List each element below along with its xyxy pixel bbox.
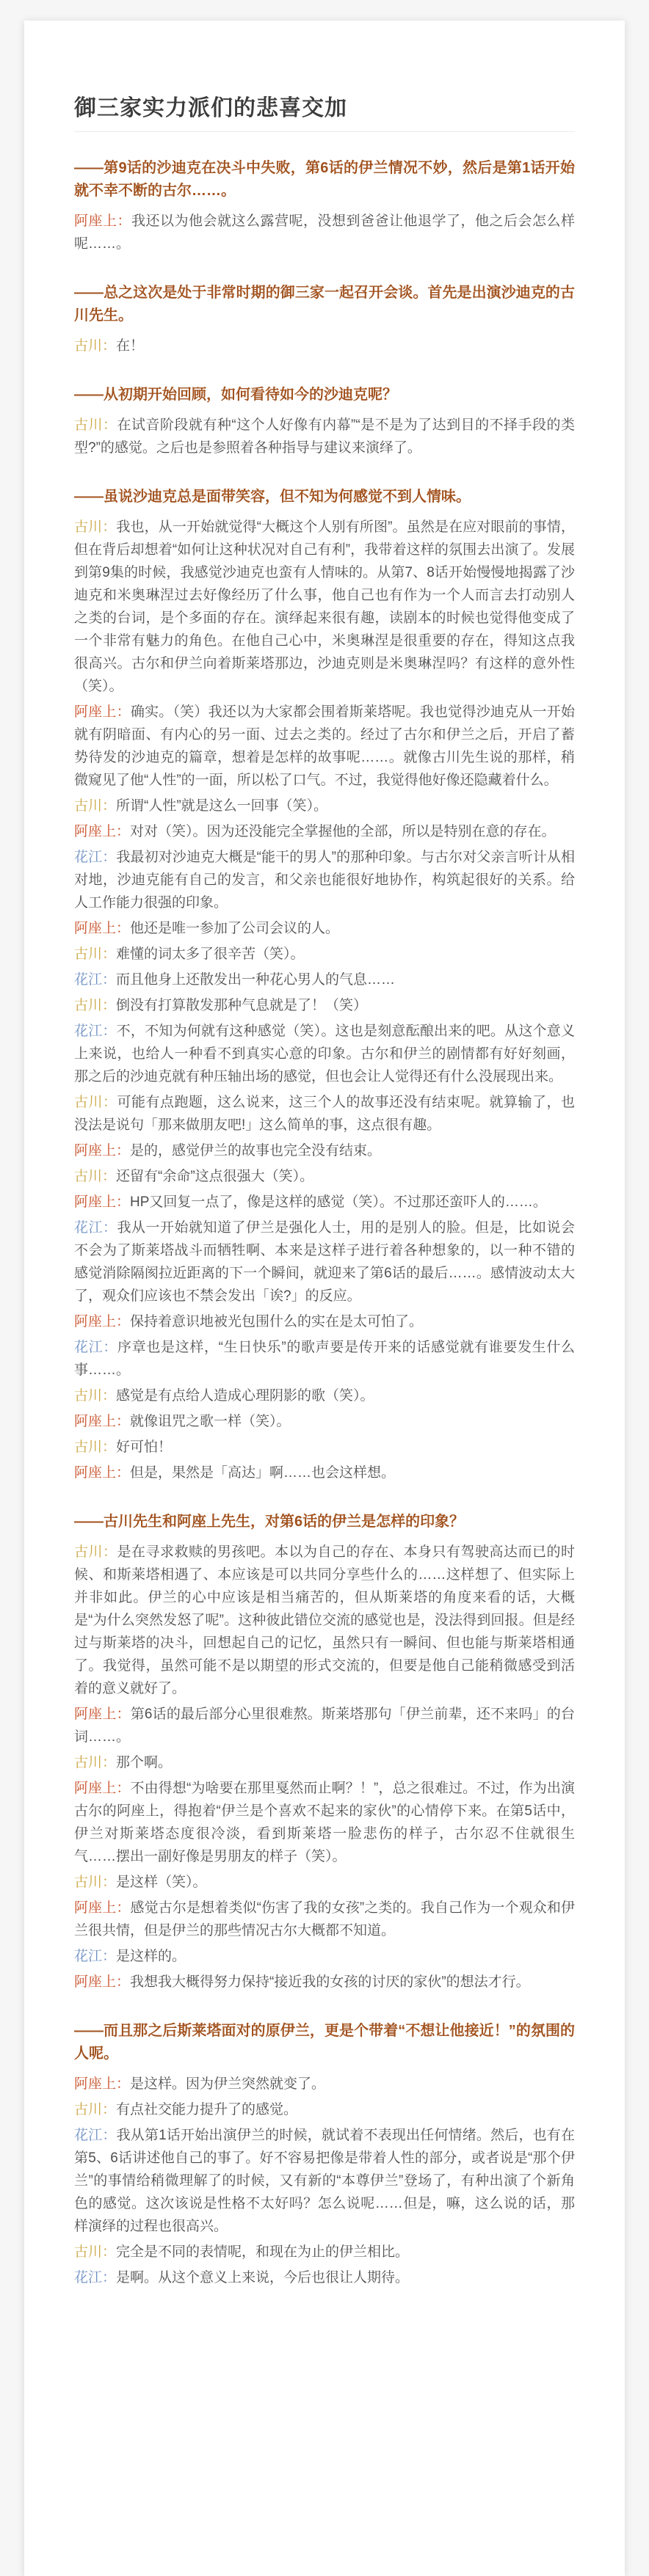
dialogue-paragraph: 古川：在试音阶段就有种“这个人好像有内幕”“是不是为了达到目的不择手段的类型?”… [74, 414, 575, 459]
speaker-name: 花江： [74, 1220, 117, 1236]
dialogue-paragraph: 阿座上：确实。（笑）我还以为大家都会围着斯莱塔呢。我也觉得沙迪克从一开始就有阴暗… [74, 701, 575, 792]
speaker-name: 古川： [74, 2102, 116, 2117]
speaker-name: 阿座上： [74, 1707, 131, 1722]
speaker-name: 古川： [74, 946, 116, 962]
speaker-name: 阿座上： [74, 214, 131, 229]
speaker-name: 花江： [74, 850, 116, 865]
interview-question: ——从初期开始回顾，如何看待如今的沙迪克呢？ [74, 384, 575, 406]
interview-content: ——第9话的沙迪克在决斗中失败，第6话的伊兰情况不妙，然后是第1话开始就不幸不断… [74, 157, 575, 2289]
speaker-name: 阿座上： [74, 1974, 130, 1990]
dialogue-paragraph: 古川：可能有点跑题，这么说来，这三个人的故事还没有结束呢。就算输了，也没法是说句… [74, 1091, 575, 1136]
dialogue-paragraph: 阿座上：保持着意识地被光包围什么的实在是太可怕了。 [74, 1310, 575, 1333]
dialogue-paragraph: 古川：是在寻求救赎的男孩吧。本以为自己的存在、本身只有驾驶高达而已的时候、和斯莱… [74, 1541, 575, 1700]
speaker-name: 古川： [74, 519, 116, 535]
interview-question: ——总之这次是处于非常时期的御三家一起召开会谈。首先是出演沙迪克的古川先生。 [74, 282, 575, 327]
dialogue-paragraph: 阿座上：不由得想“为啥要在那里戛然而止啊？！”，总之很难过。不过，作为出演古尔的… [74, 1777, 575, 1868]
speaker-name: 花江： [74, 2270, 116, 2285]
dialogue-paragraph: 花江：是这样的。 [74, 1945, 575, 1968]
interview-question: ——而且那之后斯莱塔面对的原伊兰，更是个带着“不想让他接近！”的氛围的人呢。 [74, 2020, 575, 2065]
speaker-name: 古川： [74, 1440, 116, 1455]
dialogue-paragraph: 花江：是啊。从这个意义上来说，今后也很让人期待。 [74, 2266, 575, 2289]
dialogue-paragraph: 花江：序章也是这样，“生日快乐”的歌声要是传开来的话感觉就有谁要发生什么事……。 [74, 1336, 575, 1382]
speaker-name: 阿座上： [74, 2076, 130, 2092]
dialogue-paragraph: 阿座上：我还以为他会就这么露营呢，没想到爸爸让他退学了，他之后会怎么样呢……。 [74, 210, 575, 255]
dialogue-paragraph: 古川：那个啊。 [74, 1751, 575, 1774]
dialogue-paragraph: 阿座上：就像诅咒之歌一样（笑）。 [74, 1410, 575, 1433]
dialogue-paragraph: 古川：感觉是有点给人造成心理阴影的歌（笑）。 [74, 1384, 575, 1407]
speaker-name: 阿座上： [74, 1143, 130, 1159]
speaker-name: 阿座上： [74, 1781, 130, 1796]
dialogue-paragraph: 花江：不，不知为何就有这种感觉（笑）。这也是刻意酝酿出来的吧。从这个意义上来说，… [74, 1020, 575, 1088]
dialogue-paragraph: 古川：所谓“人性”就是这么一回事（笑）。 [74, 795, 575, 817]
speaker-name: 古川： [74, 1388, 116, 1404]
dialogue-paragraph: 阿座上：HP又回复一点了，像是这样的感觉（笑）。不过那还蛮吓人的……。 [74, 1191, 575, 1214]
dialogue-paragraph: 阿座上：是这样。因为伊兰突然就变了。 [74, 2073, 575, 2095]
title-divider [74, 131, 575, 132]
speaker-name: 古川： [74, 417, 117, 433]
speaker-name: 阿座上： [74, 704, 131, 720]
speaker-name: 古川： [74, 1095, 117, 1110]
speaker-name: 阿座上： [74, 1465, 130, 1481]
speaker-name: 古川： [74, 1169, 116, 1184]
speaker-name: 阿座上： [74, 824, 130, 839]
interview-question: ——虽说沙迪克总是面带笑容，但不知为何感觉不到人情味。 [74, 486, 575, 508]
dialogue-paragraph: 花江：我最初对沙迪克大概是“能干的男人”的那种印象。与古尔对父亲言听计从相对地，… [74, 846, 575, 914]
speaker-name: 古川： [74, 338, 116, 354]
dialogue-paragraph: 花江：我从第1话开始出演伊兰的时候，就试着不表现出任何情绪。然后，也有在第5、6… [74, 2124, 575, 2238]
dialogue-paragraph: 阿座上：但是，果然是「高达」啊……也会这样想。 [74, 1462, 575, 1484]
dialogue-paragraph: 古川：倒没有打算散发那种气息就是了！（笑） [74, 994, 575, 1017]
dialogue-paragraph: 阿座上：感觉古尔是想着类似“伤害了我的女孩”之类的。我自己作为一个观众和伊兰很共… [74, 1897, 575, 1942]
interview-question: ——第9话的沙迪克在决斗中失败，第6话的伊兰情况不妙，然后是第1话开始就不幸不断… [74, 157, 575, 202]
speaker-name: 古川： [74, 998, 116, 1013]
speaker-name: 古川： [74, 2244, 116, 2260]
dialogue-paragraph: 古川：是这样（笑）。 [74, 1871, 575, 1894]
dialogue-paragraph: 古川：在！ [74, 335, 575, 357]
speaker-name: 花江： [74, 2128, 117, 2143]
speaker-name: 阿座上： [74, 1314, 130, 1329]
article-card: 御三家实力派们的悲喜交加 ——第9话的沙迪克在决斗中失败，第6话的伊兰情况不妙，… [24, 21, 625, 2576]
speaker-name: 花江： [74, 1024, 117, 1039]
page-title: 御三家实力派们的悲喜交加 [74, 97, 575, 120]
dialogue-paragraph: 阿座上：我想我大概得努力保持“接近我的女孩的讨厌的家伙”的想法才行。 [74, 1971, 575, 1993]
speaker-name: 古川： [74, 1755, 116, 1770]
dialogue-paragraph: 阿座上：第6话的最后部分心里很难熬。斯莱塔那句「伊兰前辈，还不来吗」的台词……。 [74, 1703, 575, 1748]
dialogue-paragraph: 古川：完全是不同的表情呢，和现在为止的伊兰相比。 [74, 2241, 575, 2263]
dialogue-paragraph: 阿座上：对对（笑）。因为还没能完全掌握他的全部，所以是特别在意的存在。 [74, 820, 575, 843]
dialogue-paragraph: 古川：好可怕！ [74, 1436, 575, 1459]
dialogue-paragraph: 阿座上：是的，感觉伊兰的故事也完全没有结束。 [74, 1139, 575, 1162]
speaker-name: 阿座上： [74, 921, 130, 936]
speaker-name: 阿座上： [74, 1194, 130, 1210]
dialogue-paragraph: 花江：我从一开始就知道了伊兰是强化人士，用的是别人的脸。但是，比如说会不会为了斯… [74, 1216, 575, 1307]
dialogue-paragraph: 古川：有点社交能力提升了的感觉。 [74, 2098, 575, 2121]
speaker-name: 花江： [74, 1340, 117, 1355]
speaker-name: 阿座上： [74, 1900, 130, 1916]
speaker-name: 阿座上： [74, 1414, 130, 1429]
speaker-name: 古川： [74, 1875, 116, 1890]
dialogue-paragraph: 古川：难懂的词太多了很辛苦（笑）。 [74, 943, 575, 966]
interview-question: ——古川先生和阿座上先生，对第6话的伊兰是怎样的印象？ [74, 1511, 575, 1533]
speaker-name: 花江： [74, 972, 116, 988]
dialogue-paragraph: 阿座上：他还是唯一参加了公司会议的人。 [74, 917, 575, 940]
dialogue-paragraph: 花江：而且他身上还散发出一种花心男人的气息…… [74, 968, 575, 991]
dialogue-paragraph: 古川：我也，从一开始就觉得“大概这个人别有所图”。虽然是在应对眼前的事情，但在背… [74, 516, 575, 698]
speaker-name: 古川： [74, 1544, 117, 1560]
speaker-name: 花江： [74, 1949, 116, 1964]
dialogue-paragraph: 古川：还留有“余命”这点很强大（笑）。 [74, 1165, 575, 1188]
speaker-name: 古川： [74, 798, 116, 814]
